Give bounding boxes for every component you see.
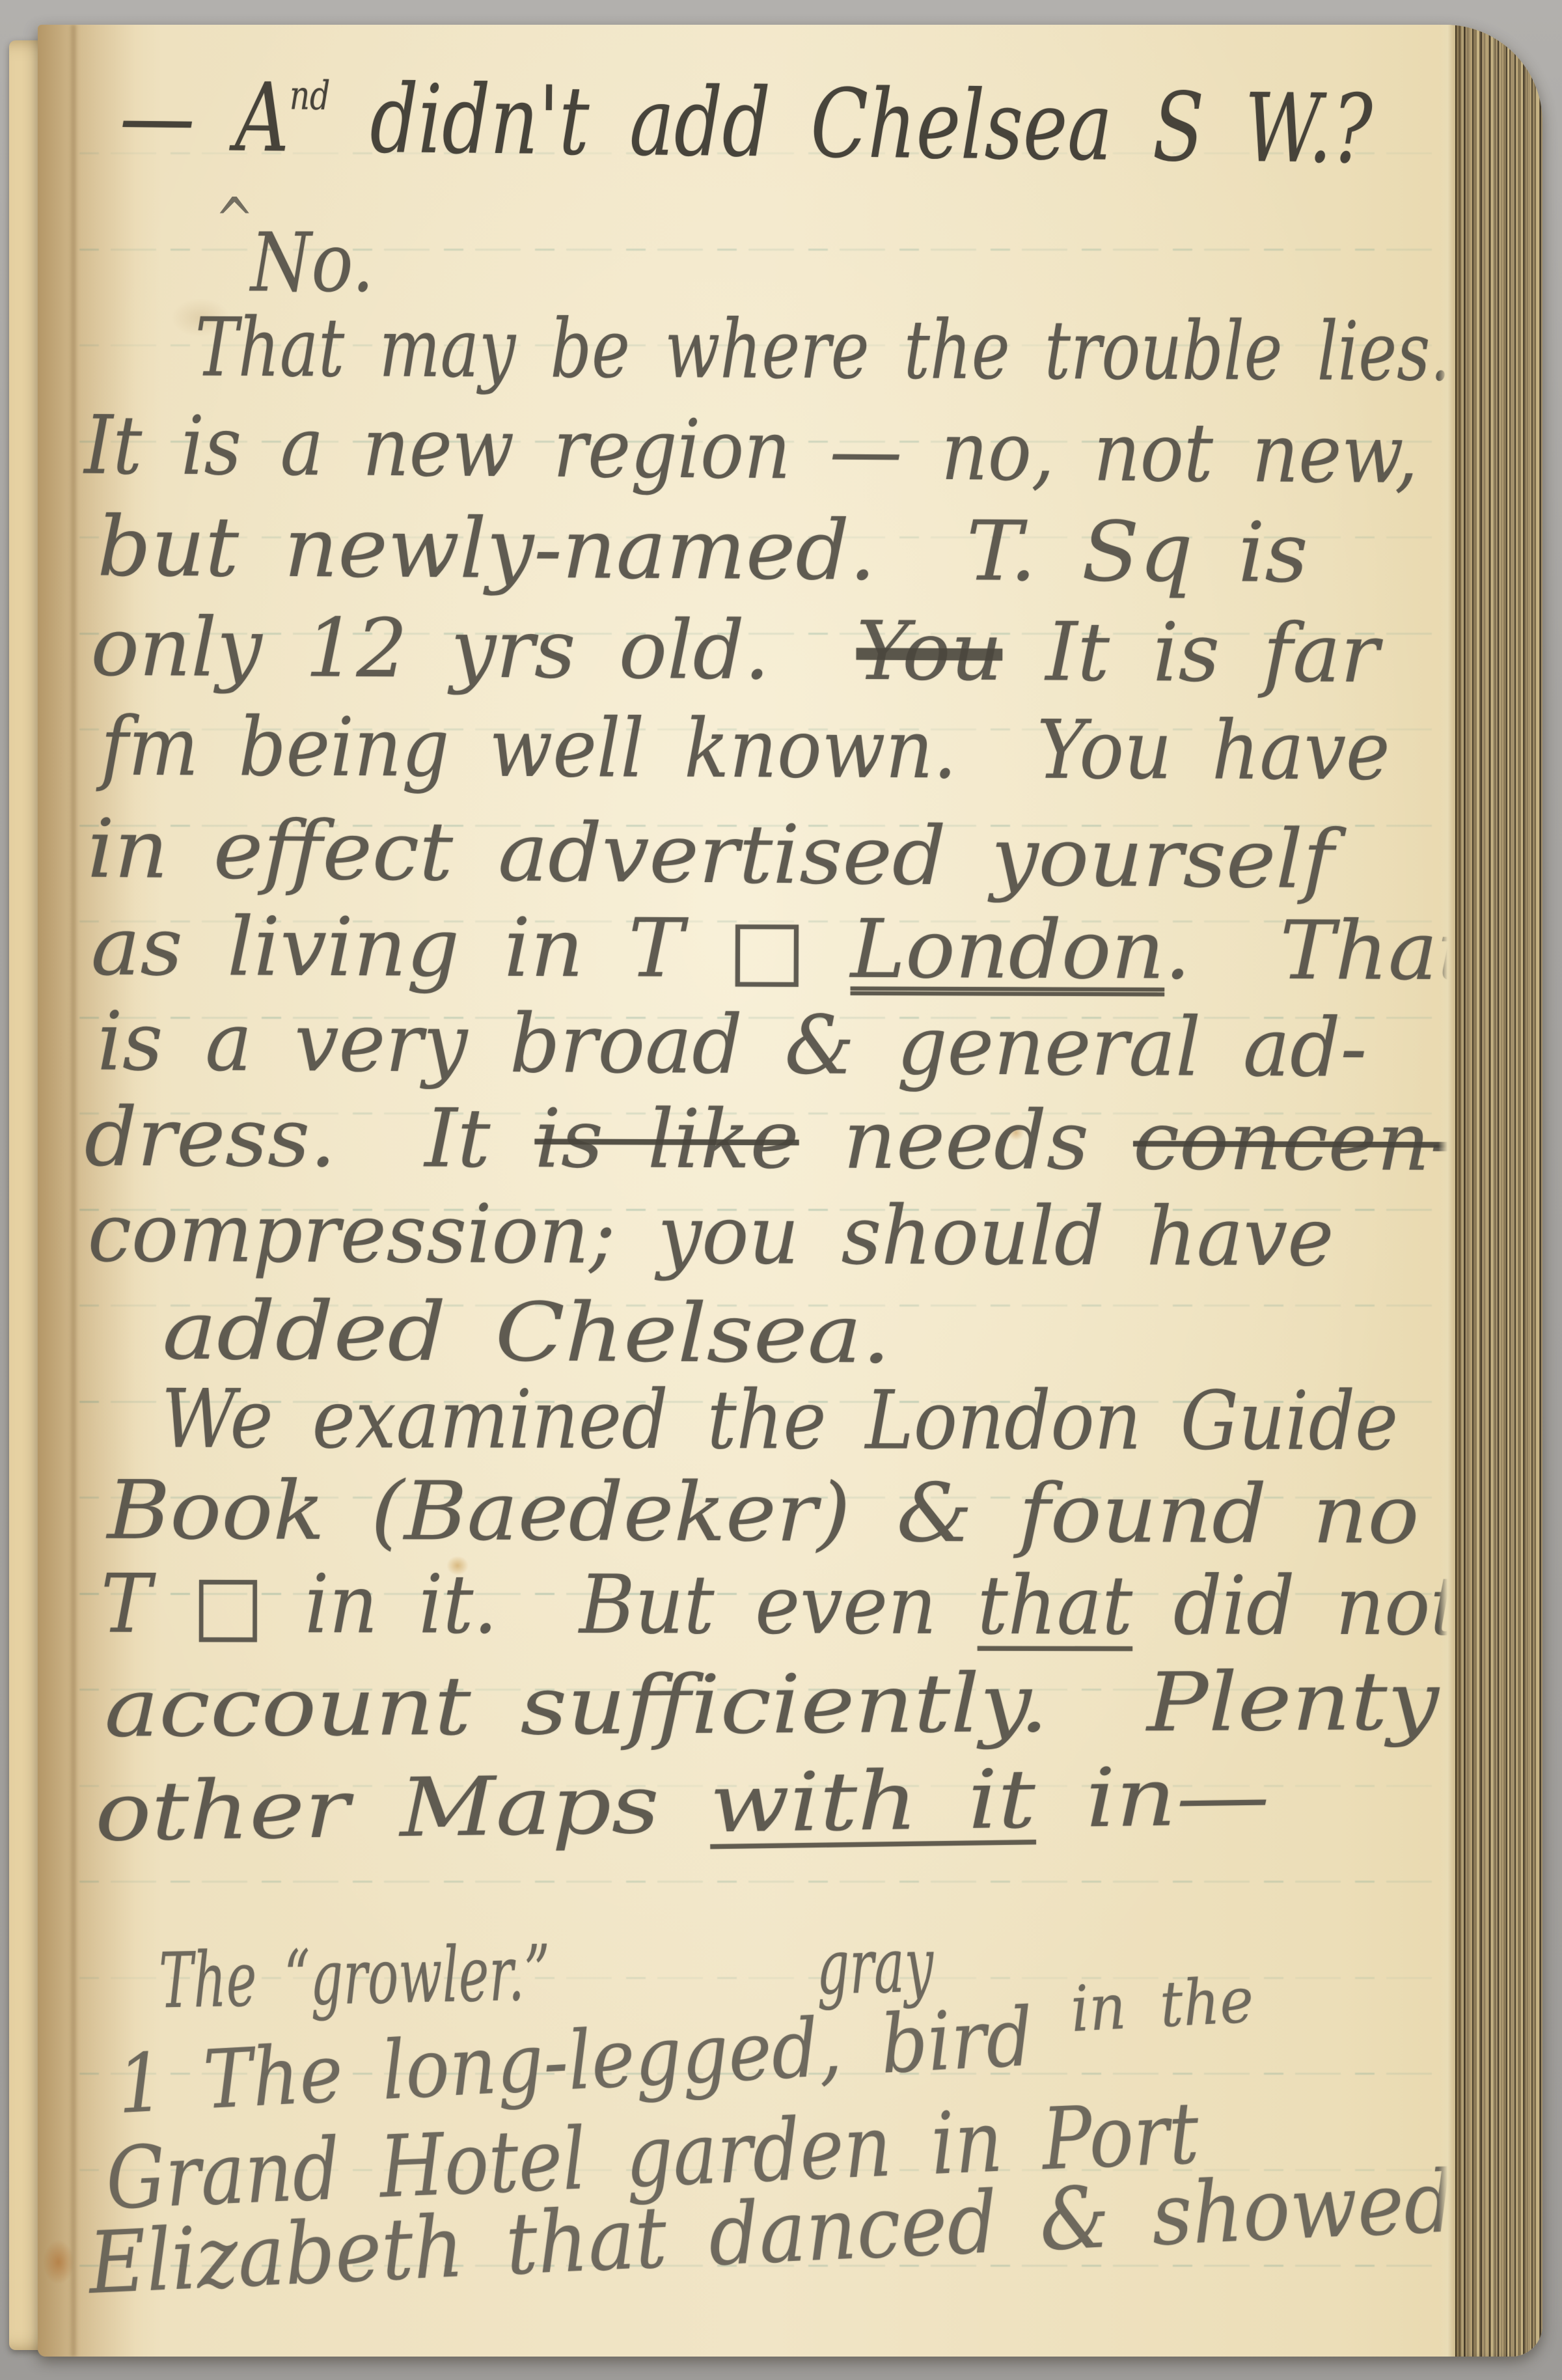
handwritten-line-6: only 12 yrs old. You It is far — [90, 600, 1379, 702]
handwritten-line-14: We examined the London Guide — [161, 1372, 1399, 1469]
handwritten-line-16: T □ in it. But even that did not — [101, 1557, 1461, 1654]
handwritten-line-11: dress. It is like needs concen- — [84, 1090, 1458, 1190]
handwritten-line-10: is a very broad & general ad- — [97, 995, 1367, 1096]
handwritten-segment: but newly-named. T. Sq is — [97, 498, 1308, 602]
handwritten-line-5: but newly-named. T. Sq is — [97, 498, 1308, 602]
handwritten-line-15: Book (Baedeker) & found no — [107, 1463, 1419, 1562]
handwritten-segment: only 12 yrs old. — [90, 600, 856, 699]
handwritten-line-1: — And didn't add Chelsea S W.? — [119, 62, 1373, 185]
handwritten-line-4: It is a new region — no, not new, — [84, 398, 1418, 502]
handwritten-segment: dress. It — [84, 1090, 534, 1187]
handwritten-line-8: in effect advertised yourself — [87, 802, 1334, 907]
handwritten-segment: No. — [251, 215, 374, 310]
insertion-caret: ^ — [215, 184, 254, 255]
handwritten-segment: needs — [799, 1093, 1133, 1189]
page-edge-stack — [1455, 25, 1542, 2357]
handwritten-line-3: That may be where the trouble lies. — [195, 301, 1451, 400]
handwritten-segment: as living in T □ — [90, 900, 851, 997]
handwritten-segment-strike: concen- — [1133, 1094, 1458, 1190]
handwriting-layer: ^ — And didn't add Chelsea S W.?No.That … — [38, 25, 1542, 2357]
handwritten-segment: The “growler.” — [158, 1928, 551, 2025]
handwritten-line-2: No. — [251, 215, 374, 310]
handwritten-segment: in effect advertised yourself — [87, 802, 1334, 907]
handwritten-segment: other Maps — [94, 1757, 710, 1860]
handwritten-segment: It is a new region — no, not new, — [84, 398, 1418, 502]
handwritten-segment-u1: that — [978, 1558, 1133, 1654]
handwritten-line-18: other Maps with it in— — [94, 1749, 1270, 1860]
handwritten-line-12: compression; you should have — [87, 1186, 1334, 1285]
handwritten-line-7: fm being well known. You have — [100, 700, 1390, 799]
handwritten-segment-u1: with it — [709, 1752, 1036, 1851]
handwritten-segment-raise: in the — [1069, 1964, 1255, 2046]
handwritten-segment: It is far — [1002, 605, 1379, 701]
handwritten-segment-sup: nd — [290, 73, 331, 120]
handwritten-segment: Book (Baedeker) & found no — [107, 1463, 1419, 1562]
handwritten-line-9: as living in T □ London. That — [90, 900, 1471, 999]
notebook-page: ^ — And didn't add Chelsea S W.?No.That … — [38, 25, 1542, 2357]
handwritten-line-17: account sufficiently. Plenty — [104, 1654, 1439, 1756]
handwritten-segment: fm being well known. You have — [100, 700, 1390, 799]
handwritten-segment: added Chelsea. — [162, 1284, 891, 1382]
handwritten-segment: — A — [119, 62, 290, 174]
handwritten-segment: didn't add Chelsea S W.? — [329, 64, 1373, 185]
handwritten-segment: T □ in it. But even — [101, 1557, 978, 1654]
scanned-notebook-photo: { "document": { "type": "handwritten not… — [0, 0, 1562, 2380]
handwritten-segment-strike: is like — [534, 1092, 799, 1187]
handwritten-segment: compression; you should have — [87, 1186, 1334, 1285]
handwritten-segment: That may be where the trouble lies. — [195, 301, 1451, 400]
handwritten-segment: did not — [1132, 1559, 1460, 1654]
handwritten-segment: . That — [1164, 904, 1471, 999]
handwritten-segment-scribble: You — [856, 604, 1002, 699]
handwritten-segment: in— — [1035, 1749, 1270, 1847]
handwritten-segment: We examined the London Guide — [161, 1372, 1399, 1469]
handwritten-segment: account sufficiently. Plenty — [104, 1654, 1439, 1756]
handwritten-segment-u2: London — [851, 902, 1165, 998]
handwritten-segment: is a very broad & general ad- — [97, 995, 1367, 1096]
handwritten-line-13: added Chelsea. — [162, 1284, 891, 1382]
